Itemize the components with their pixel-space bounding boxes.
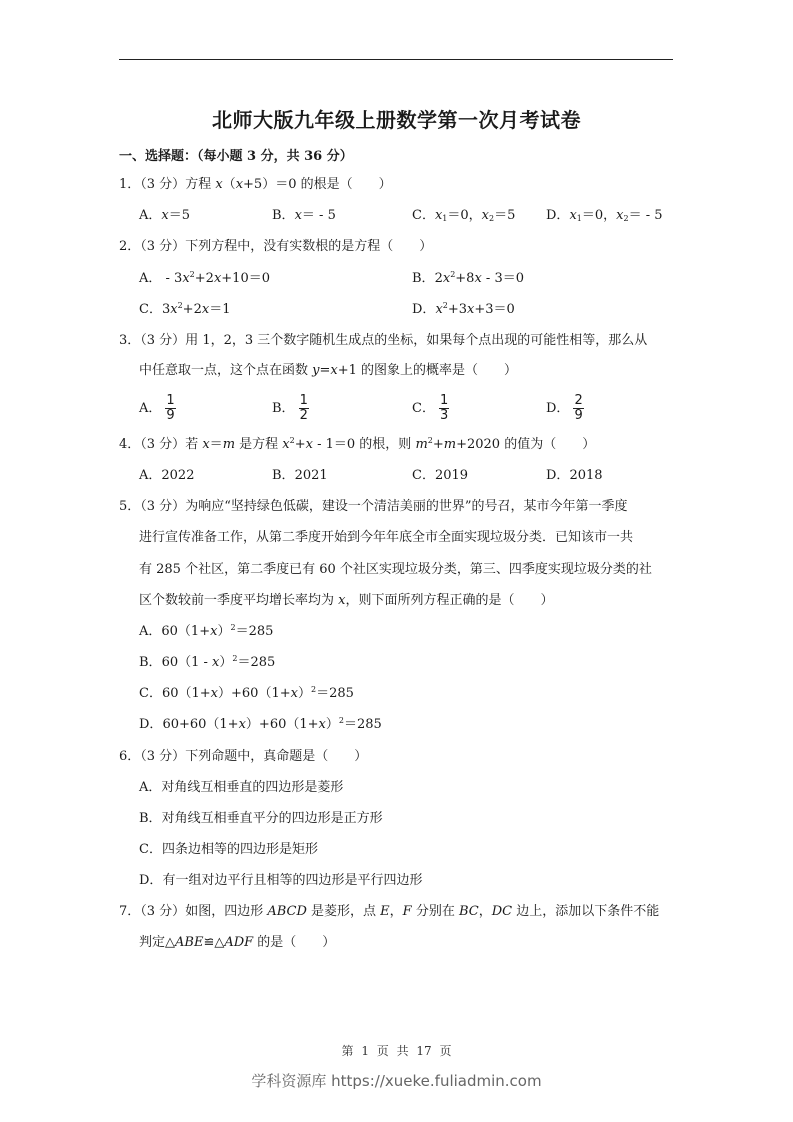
page-title: 北师大版九年级上册数学第一次月考试卷 <box>0 104 793 133</box>
question-1-option-a: A．x＝5 <box>139 208 190 224</box>
fraction: 13 <box>439 394 449 423</box>
question-6-option-d: D．有一组对边平行且相等的四边形是平行四边形 <box>139 873 422 889</box>
section-heading: 一、选择题：（每小题 3 分，共 36 分） <box>119 145 353 164</box>
fraction: 29 <box>573 394 583 423</box>
question-2-option-d: D．x2+3x+3＝0 <box>412 302 515 318</box>
question-5-option-b: B．60（1 - x）2＝285 <box>139 655 275 671</box>
question-1-option-c: C．x1＝0，x2＝5 <box>412 208 515 224</box>
question-6-option-b: B．对角线互相垂直平分的四边形是正方形 <box>139 811 383 827</box>
question-4-option-a: A．2022 <box>139 468 194 484</box>
question-2-option-b: B．2x2+8x - 3＝0 <box>412 271 524 287</box>
question-3-option-a: A．19 <box>139 394 176 423</box>
question-2-stem: 2．（3 分）下列方程中，没有实数根的是方程（ ） <box>119 239 432 255</box>
question-3-option-c: C．13 <box>412 394 449 423</box>
question-1-option-b: B．x＝ - 5 <box>272 208 336 224</box>
question-3-stem-line-1: 3．（3 分）用 1，2，3 三个数字随机生成点的坐标，如果每个点出现的可能性相… <box>119 333 647 349</box>
question-3-stem-line-2: 中任意取一点，这个点在函数 y=x+1 的图象上的概率是（ ） <box>139 363 517 379</box>
question-5-stem-line-2: 进行宣传准备工作，从第二季度开始到今年年底全市全面实现垃圾分类．已知该市一共 <box>139 530 633 546</box>
header-rule <box>119 59 673 60</box>
question-5-stem-line-1: 5．（3 分）为响应“坚持绿色低碳，建设一个清洁美丽的世界”的号召，某市今年第一… <box>119 499 627 515</box>
question-3-option-b: B．12 <box>272 394 309 423</box>
question-7-stem-line-2: 判定△ABE≌△ADF 的是（ ） <box>139 935 335 951</box>
question-5-stem-line-4: 区个数较前一季度平均增长率均为 x，则下面所列方程正确的是（ ） <box>139 593 554 609</box>
question-5-stem-line-3: 有 285 个社区，第二季度已有 60 个社区实现垃圾分类，第三、四季度实现垃圾… <box>139 562 652 578</box>
question-4-option-c: C．2019 <box>412 468 468 484</box>
question-5-option-c: C．60（1+x）+60（1+x）2＝285 <box>139 686 354 702</box>
question-2-option-c: C．3x2+2x＝1 <box>139 302 230 318</box>
fraction: 12 <box>299 394 309 423</box>
question-4-option-d: D．2018 <box>546 468 603 484</box>
question-1-stem: 1．（3 分）方程 x（x+5）＝0 的根是（ ） <box>119 177 392 193</box>
question-6-option-a: A．对角线互相垂直的四边形是菱形 <box>139 780 343 796</box>
question-6-option-c: C．四条边相等的四边形是矩形 <box>139 842 318 858</box>
question-3-option-d: D．29 <box>546 394 584 423</box>
question-4-option-b: B．2021 <box>272 468 328 484</box>
question-7-stem-line-1: 7．（3 分）如图，四边形 ABCD 是菱形，点 E，F 分别在 BC，DC 边… <box>119 904 659 920</box>
question-4-stem: 4．（3 分）若 x＝m 是方程 x2+x - 1＝0 的根，则 m2+m+20… <box>119 437 595 453</box>
question-5-option-d: D．60+60（1+x）+60（1+x）2＝285 <box>139 717 382 733</box>
question-2-option-a: A． - 3x2+2x+10＝0 <box>139 271 270 287</box>
question-1-option-d: D．x1＝0，x2＝ - 5 <box>546 208 663 224</box>
page-number: 第 1 页 共 17 页 <box>0 1042 793 1059</box>
fraction: 19 <box>165 394 175 423</box>
question-5-option-a: A．60（1+x）2＝285 <box>139 624 273 640</box>
watermark-site: 学科资源库 https://xueke.fuliadmin.com <box>0 1070 793 1091</box>
question-6-stem: 6．（3 分）下列命题中，真命题是（ ） <box>119 749 367 765</box>
